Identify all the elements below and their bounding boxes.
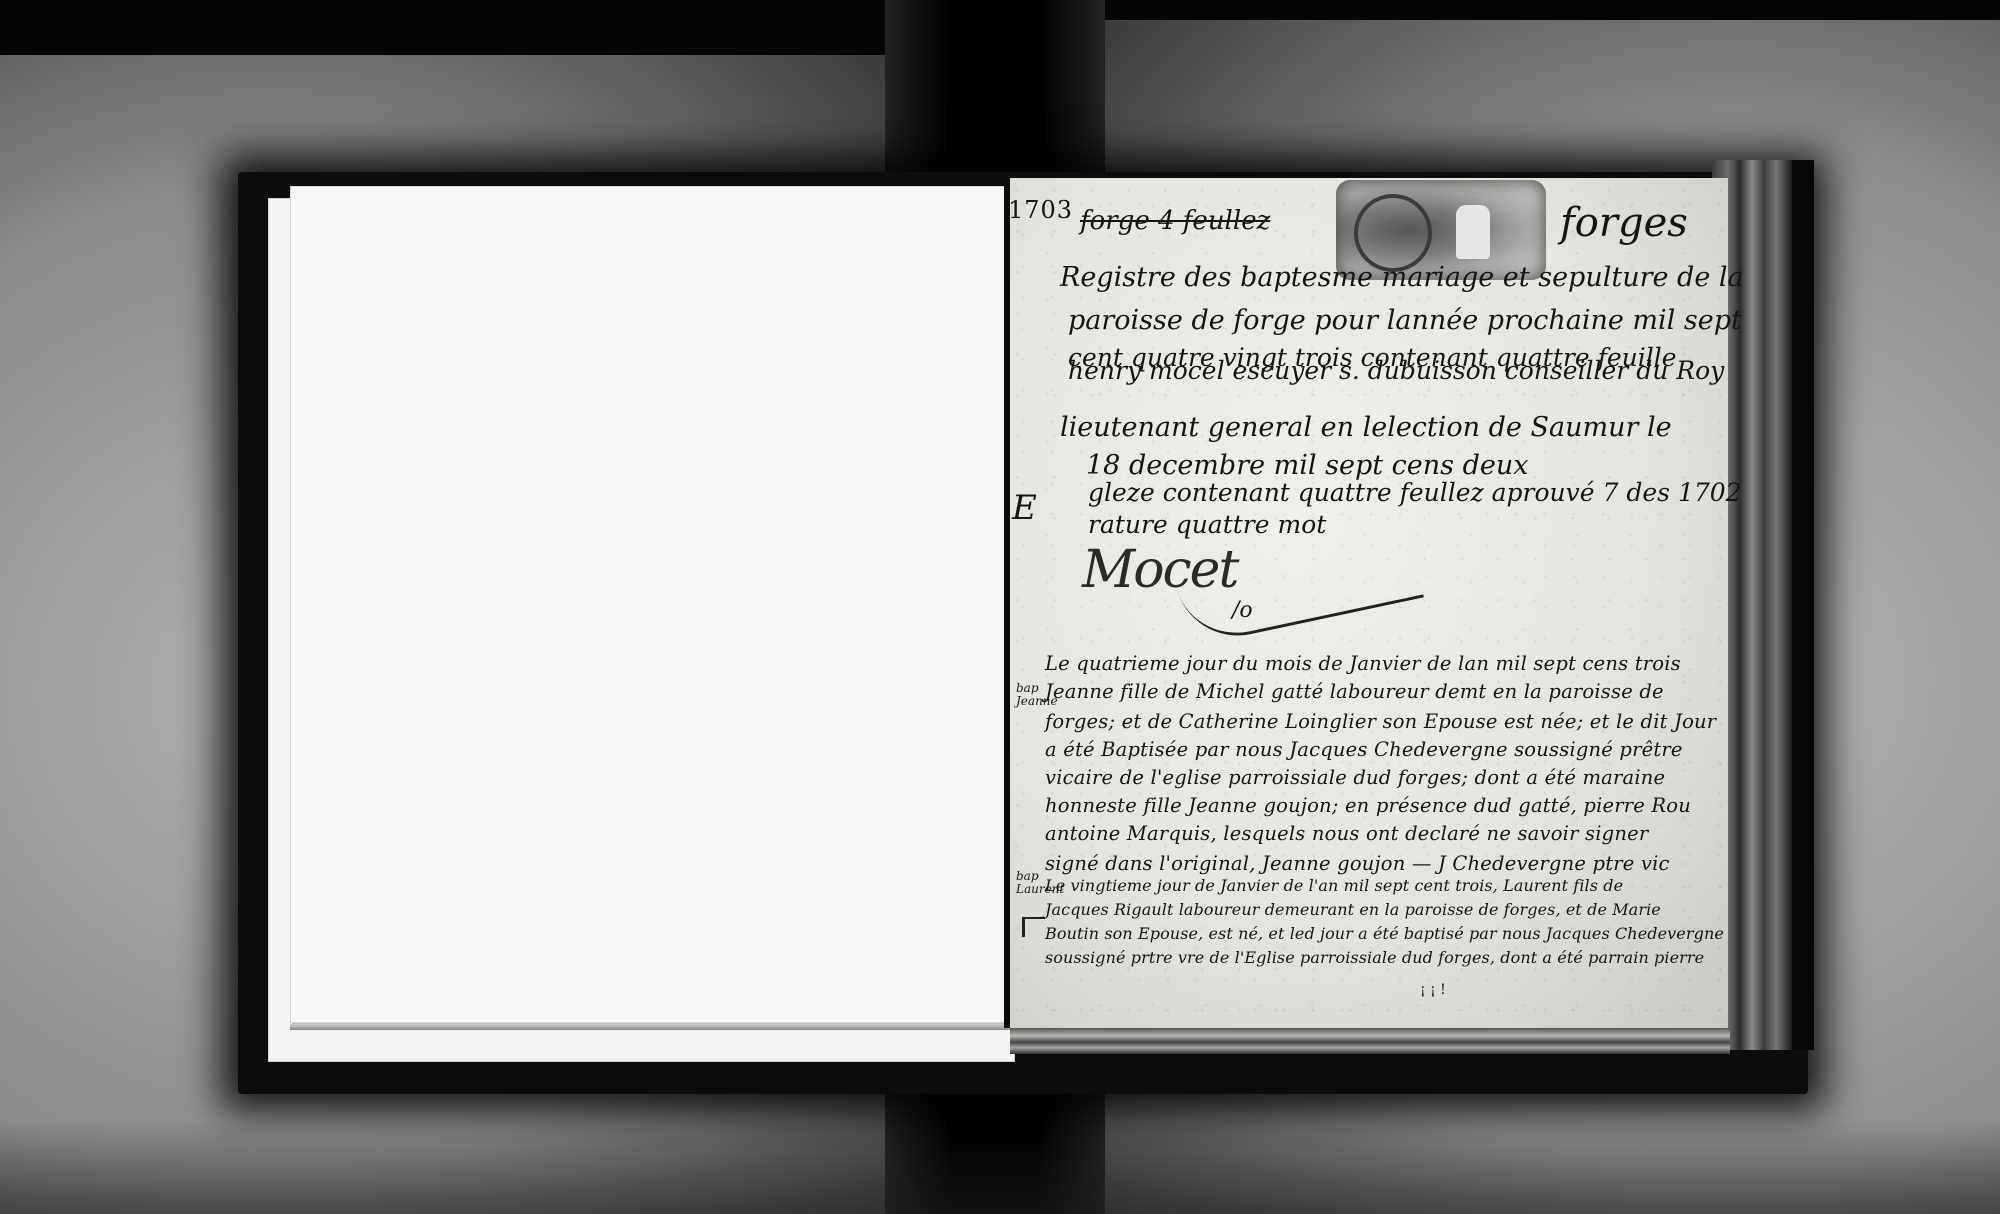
bottom-page-edges — [1010, 1028, 1730, 1054]
entry-2-line: Le vingtieme jour de Janvier de l'an mil… — [1045, 876, 1623, 895]
entry-1-line: antoine Marquis, lesquels nous ont decla… — [1045, 822, 1648, 845]
entry-2-line: Jacques Rigault laboureur demeurant en l… — [1045, 900, 1661, 919]
background-bottom-shadow — [0, 1120, 2000, 1214]
folio-note: forge 4 feullez — [1080, 206, 1270, 236]
parish-heading: forges — [1560, 200, 1688, 246]
entry-2-line: Boutin son Epouse, est né, et led jour a… — [1045, 924, 1724, 943]
header-line: gleze contenant quattre feullez aprouvé … — [1088, 478, 1742, 507]
header-line: rature quattre mot — [1088, 510, 1326, 539]
entry-1-line: Jeanne fille de Michel gatté laboureur d… — [1045, 680, 1664, 703]
signature-paraph-mark: /o — [1232, 598, 1253, 623]
entry-1-line: honneste fille Jeanne goujon; en présenc… — [1045, 794, 1691, 817]
header-line: 18 decembre mil sept cens deux — [1086, 450, 1528, 481]
left-page-fold — [290, 1024, 1012, 1030]
entry-1-line: forges; et de Catherine Loinglier son Ep… — [1045, 710, 1716, 733]
left-blank-page — [290, 186, 1014, 1023]
entry-2-line: soussigné prtre vre de l'Eglise parroiss… — [1045, 948, 1704, 967]
ink-marks: ¡ ¡ ! — [1420, 982, 1446, 998]
header-line: lieutenant general en lelection de Saumu… — [1060, 412, 1672, 443]
entry-1-line: signé dans l'original, Jeanne goujon — J… — [1045, 852, 1670, 875]
entry-1-line: Le quatrieme jour du mois de Janvier de … — [1045, 652, 1681, 675]
margin-initial: E — [1012, 488, 1037, 528]
header-line: paroisse de forge pour lannée prochaine … — [1068, 305, 1742, 336]
entry-1-line: a été Baptisée par nous Jacques Chedever… — [1045, 738, 1683, 761]
year-margin: 1703 — [1008, 196, 1073, 224]
header-line: henry mocel escuyer s. dubuisson conseil… — [1068, 356, 1724, 385]
margin-flag-icon — [1022, 917, 1045, 937]
entry-1-line: vicaire de l'eglise parroissiale dud for… — [1045, 766, 1665, 789]
header-line: Registre des baptesme mariage et sepultu… — [1060, 262, 1744, 293]
